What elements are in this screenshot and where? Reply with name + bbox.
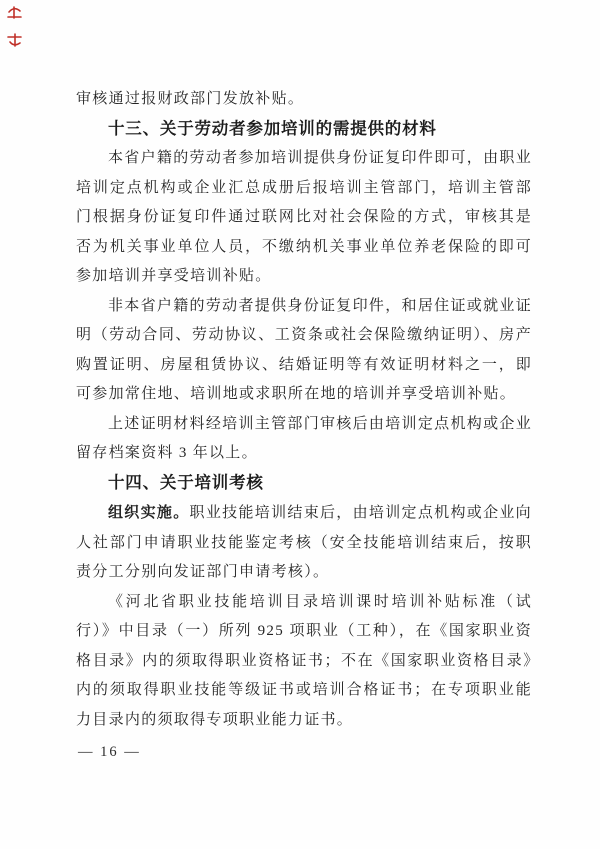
page-number: — 16 —	[78, 744, 141, 761]
document-page: 审核通过报财政部门发放补贴。十三、关于劳动者参加培训的需提供的材料本省户籍的劳动…	[0, 0, 600, 849]
paragraph-continuation: 审核通过报财政部门发放补贴。	[76, 85, 532, 115]
paragraph: 上述证明材料经培训主管部门审核后由培训定点机构或企业留存档案资料 3 年以上。	[76, 410, 532, 469]
paragraph: 《河北省职业技能培训目录培训课时培训补贴标准（试行）》中目录（一）所列 925 …	[76, 588, 532, 736]
paragraph-lead: 组织实施。	[108, 504, 190, 521]
section-heading: 十四、关于培训考核	[76, 469, 532, 499]
red-ink-mark-top	[8, 7, 21, 18]
red-ink-mark-bottom	[8, 34, 21, 46]
paragraph: 本省户籍的劳动者参加培训提供身份证复印件即可，由职业培训定点机构或企业汇总成册后…	[76, 144, 532, 292]
red-ink-marks	[6, 4, 26, 50]
section-heading: 十三、关于劳动者参加培训的需提供的材料	[76, 115, 532, 145]
paragraph: 组织实施。职业技能培训结束后，由培训定点机构或企业向人社部门申请职业技能鉴定考核…	[76, 498, 532, 588]
paragraph: 非本省户籍的劳动者提供身份证复印件，和居住证或就业证明（劳动合同、劳动协议、工资…	[76, 292, 532, 410]
body-text: 审核通过报财政部门发放补贴。十三、关于劳动者参加培训的需提供的材料本省户籍的劳动…	[76, 85, 532, 735]
